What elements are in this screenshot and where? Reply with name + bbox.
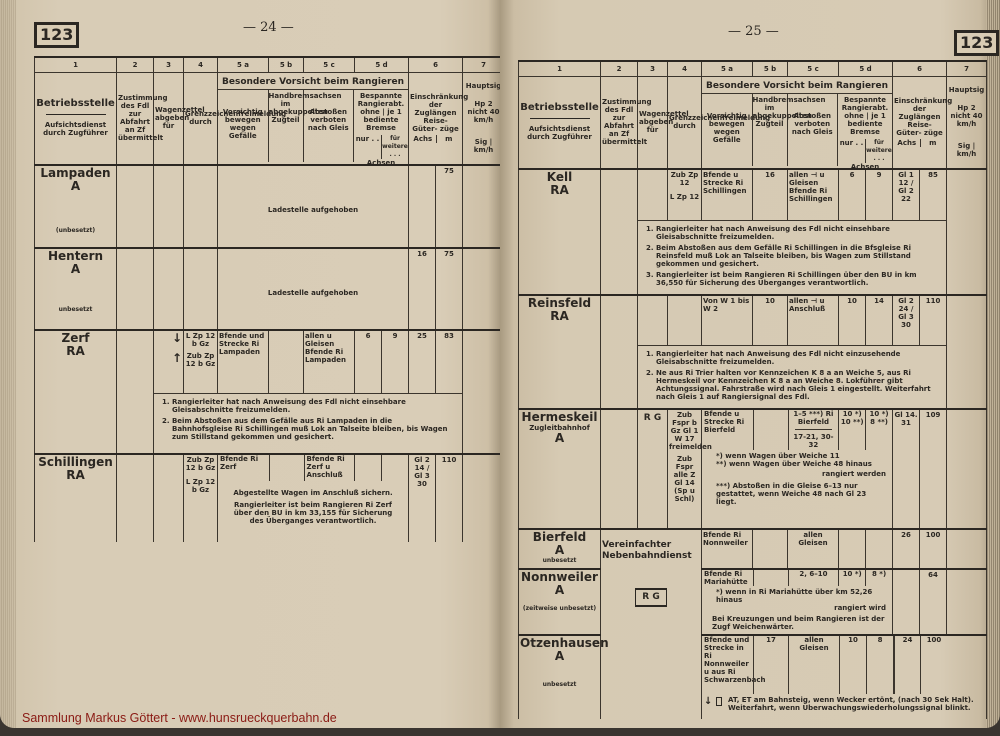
header-c6-text: Einschränkung der Zuglängen Reise- Güter… [894, 97, 945, 137]
station-cell: Otzenhausen A unbesetzt [519, 635, 601, 719]
cell-c6-m: 75 [436, 248, 463, 330]
header-c6-split: Achs m [410, 135, 461, 143]
header-c7-kmh: km/h [957, 150, 977, 158]
station-cell: Hentern A unbesetzt [35, 248, 117, 330]
c5-block-top: Bfende u Strecke Ri Bierfeld 1–5 ***) Ri… [702, 410, 892, 450]
header-c3: Wagenzettel abgeben für [154, 73, 184, 165]
station-note: unbesetzt [520, 557, 599, 565]
cell-c5c: allen ⊣ u Gleisen Bfende Ri Schillingen [788, 169, 839, 221]
column-number-row: 1 2 3 4 5 a 5 b 5 c 5 d 6 7 [35, 57, 501, 73]
footnote: *) wenn Wagen über Weiche 11 [702, 450, 892, 460]
station-note: (zeitweise unbesetzt) [520, 605, 599, 613]
header-c6-split: Achs m [894, 139, 945, 147]
c5c-bottom: 17-21, 30-32 [789, 433, 839, 449]
col-num: 2 [117, 57, 154, 73]
signal-square-icon [716, 697, 722, 706]
cell-c5c: allen u Gleisen Bfende Ri Lampaden [304, 330, 355, 394]
footnote: rangiert wird [702, 604, 892, 612]
station-name: Bierfeld [520, 531, 599, 544]
cell-c5d-weitere: 14 [866, 295, 893, 345]
otz-footnote-row: ↓ AT, ET am Bahnsteig, wenn Wecker ertön… [702, 694, 986, 712]
col-num: 3 [154, 57, 184, 73]
table-row: Nonnweiler A (zeitweise unbesetzt) Bfend… [519, 569, 987, 635]
table-row: Lampaden A (unbesetzt) Ladestelle aufgeh… [35, 165, 501, 248]
cell-c5-block: Bfende Ri Mariahütte 2, 6–10 10 *) 8 *) … [702, 569, 893, 635]
header-c7-body: Hp 2 nicht 40 km/h [464, 100, 500, 124]
cell-c5d-weitere: 8 [866, 636, 893, 694]
cell-c6-m: 100 [920, 636, 947, 694]
header-c6: Einschränkung der Zuglängen Reise- Güter… [893, 77, 947, 169]
station-name: Zerf [36, 332, 115, 345]
cell-c5c: allen Gleisen [788, 636, 839, 694]
header-c5d-weitere: für weitere . . . [381, 135, 408, 159]
rg-signal-box: R G [635, 588, 666, 607]
header-c5d-nur: nur . . [354, 135, 381, 159]
header-c5a: Vorsichtig bewegen wegen Gefälle [218, 90, 269, 162]
cell-c5c: 1–5 ***) Ri Bierfeld 17-21, 30-32 [788, 410, 839, 450]
header-c5-group: Besondere Vorsicht beim Rangieren Vorsic… [702, 77, 893, 169]
header-c7-body: Hp 2 nicht 40 km/h [948, 104, 985, 128]
header-c5-title: Besondere Vorsicht beim Rangieren [702, 79, 892, 94]
header-c6-m: m [436, 135, 462, 143]
cell-c5d-nur: 6 [839, 169, 866, 221]
footnote: AT, ET am Bahnsteig, wenn Wecker ertönt,… [728, 696, 984, 712]
station-cell: Reinsfeld RA [519, 295, 601, 409]
cell-c5d-weitere: 10 *) 8 **) [865, 410, 892, 450]
header-c6-text: Einschränkung der Zuglängen Reise- Güter… [410, 93, 461, 133]
footnote: ***) Abstoßen in die Gleise 6–13 nur ges… [702, 478, 892, 506]
col-num: 5 b [269, 57, 304, 73]
header-title: Betriebsstelle [36, 100, 115, 108]
table-row: Otzenhausen A unbesetzt Bfende und Strec… [519, 635, 987, 719]
station-name: Lampaden [36, 167, 115, 180]
cell-c6-achs: Gl 1 12 / Gl 2 22 [893, 169, 920, 221]
row-note: Ladestelle aufgehoben [218, 248, 409, 330]
timetable-right: 1 2 3 4 5 a 5 b 5 c 5 d 6 7 Betriebsstel… [518, 60, 987, 719]
page-number: — 24 — [243, 20, 294, 35]
timetable-left: 1 2 3 4 5 a 5 b 5 c 5 d 6 7 Betriebsstel… [34, 56, 500, 542]
header-betriebsstelle: Betriebsstelle Aufsichtsdienst durch Zug… [519, 77, 601, 169]
header-c5b: Handbremsachsen im abgekuppelten Zugteil [753, 94, 788, 166]
header-c6: Einschränkung der Zuglängen Reise- Güter… [409, 73, 463, 165]
footnote: *) wenn in Ri Mariahütte über km 52,26 h… [702, 586, 892, 604]
c4-down: Zub Zp 12 [669, 171, 700, 187]
arrow-down-icon: ↓ [704, 696, 712, 712]
cell-c5c: allen ⊣ u Anschluß [788, 295, 839, 345]
cell-c5-block: Bfende und Strecke in Ri Nonnweiler u au… [702, 635, 987, 719]
station-class: A [520, 584, 599, 597]
cell-c5b: 10 [753, 295, 788, 345]
cell-c4: Zub Zp 12 L Zp 12 [668, 169, 702, 221]
note-item: 1. Rangierleiter hat nach Anweisung des … [646, 225, 938, 241]
page-number: — 25 — [728, 24, 779, 39]
header-c5a: Vorsichtig bewegen wegen Gefälle [702, 94, 753, 166]
cell-c5c: Bfende Ri Zerf u Anschluß [304, 455, 355, 481]
header-c4: Grenzzeichenfreimeldung durch [668, 77, 702, 169]
cell-c6-m: 85 [920, 169, 947, 221]
station-cell: Schillingen RA [35, 454, 117, 542]
cell-c5a: Bfende und Strecke in Ri Nonnweiler u au… [702, 636, 753, 694]
col-num: 1 [519, 61, 601, 77]
station-name: Hermeskeil [520, 411, 599, 424]
cell-c6-achs: Gl 14. 31 [893, 409, 920, 529]
note-item: Abgestellte Wagen im Anschluß sichern. [218, 481, 408, 497]
watermark: Sammlung Markus Göttert - www.hunsrueckq… [22, 711, 337, 725]
header-c7: Hauptsig Hp 2 nicht 40 km/h Sig | km/h [947, 77, 987, 169]
footnote: Bei Kreuzungen und beim Rangieren ist de… [702, 612, 892, 631]
cell-c5c: 2, 6–10 [788, 570, 839, 586]
station-class: A [36, 263, 115, 276]
cell-c5a: Bfende u Strecke Ri Schillingen [702, 169, 753, 221]
note-item: Rangierleiter ist beim Rangieren Ri Zerf… [218, 497, 408, 525]
cell-c6-achs: 25 [409, 330, 436, 394]
left-page: 123 — 24 — 1 2 3 4 5 a 5 b 5 c 5 d 6 7 [0, 0, 500, 728]
cell-c5d-nur: 10 [839, 636, 866, 694]
header-c2: Zustimmung des Fdl zur Abfahrt an Zf übe… [117, 73, 154, 165]
page-edge [986, 0, 1000, 728]
col-num: 4 [668, 61, 702, 77]
arrow-up-icon: ↑ [172, 352, 182, 364]
header-c7-title: Hauptsig [948, 86, 985, 94]
station-name: Nonnweiler [520, 571, 599, 584]
header-c7-sig: Sig [475, 138, 487, 146]
cell-c5a: Von W 1 bis W 2 [702, 295, 753, 345]
c5-block-top: Bfende und Strecke in Ri Nonnweiler u au… [702, 636, 986, 694]
header-c5-group: Besondere Vorsicht beim Rangieren Vorsic… [218, 73, 409, 165]
open-book: 123 — 24 — 1 2 3 4 5 a 5 b 5 c 5 d 6 7 [0, 0, 1000, 728]
footnote: rangiert werden [702, 468, 892, 478]
cell-c5-block: Bfende Ri Zerf Bfende Ri Zerf u Anschluß… [218, 454, 409, 542]
footnote: **) wenn Wagen über Weiche 48 hinaus [702, 460, 892, 468]
station-cell: Zerf RA [35, 330, 117, 454]
arrow-down-icon: ↓ [172, 332, 182, 344]
header-c5d: Bespannte Rangierabt. ohne | je 1 bedien… [354, 90, 408, 162]
col-num: 5 d [839, 61, 893, 77]
table-row: Kell RA Zub Zp 12 L Zp 12 Bfende u Strec… [519, 169, 987, 221]
col-num: 1 [35, 57, 117, 73]
cell-c5b: 16 [753, 169, 788, 221]
station-class: RA [36, 345, 115, 358]
header-title: Betriebsstelle [520, 104, 599, 112]
c5c-top: 1–5 ***) Ri Bierfeld [789, 410, 839, 426]
cell-c5a: Bfende Ri Zerf [218, 455, 269, 481]
station-cell: Lampaden A (unbesetzt) [35, 165, 117, 248]
header-c7: Hauptsig Hp 2 nicht 40 km/h Sig | km/h [463, 73, 500, 165]
cell-c6-m: 64 [920, 569, 947, 635]
col-num: 5 a [702, 61, 753, 77]
row-notes: 1. Rangierleiter hat nach Anweisung des … [638, 345, 947, 409]
cell-c4: L Zp 12 b Gz Zub Zp 12 b Gz [184, 330, 218, 394]
header-c5d-unit: Achsen [354, 159, 408, 167]
column-number-row: 1 2 3 4 5 a 5 b 5 c 5 d 6 7 [519, 61, 987, 77]
header-c5c: Abstoßen verboten nach Gleis [788, 94, 839, 166]
note-item: 2. Ne aus Ri Trier halten vor Kennzeiche… [646, 369, 938, 401]
cell-c5a: Bfende Ri Nonnweiler [702, 529, 753, 569]
header-c5b: Handbremsachsen im abgekuppelten Zugteil [269, 90, 304, 162]
page-edge [0, 0, 16, 728]
station-class: RA [36, 469, 115, 482]
table-row: Hentern A unbesetzt Ladestelle aufgehobe… [35, 248, 501, 330]
header-c5d-split: nur . . für weitere . . . [838, 139, 892, 163]
header-row: Betriebsstelle Aufsichtsdienst durch Zug… [519, 77, 987, 169]
cell-c6-m: 110 [436, 454, 463, 542]
header-c5d-split: nur . . für weitere . . . [354, 135, 408, 159]
cell-c5d-weitere: 9 [866, 169, 893, 221]
cell-c4: Zub Zp 12 b Gz L Zp 12 b Gz [184, 454, 218, 542]
cell-c6-achs: 16 [409, 248, 436, 330]
c4-up: Zub Fspr alle Z Gl 14 (Sp u Schl) [669, 455, 700, 503]
station-cell: Nonnweiler A (zeitweise unbesetzt) [519, 569, 601, 635]
c4-down: Zub Zp 12 b Gz [185, 456, 216, 472]
row-note: Ladestelle aufgehoben [218, 165, 409, 248]
cell-c6-achs: Gl 2 14 / Gl 3 30 [409, 454, 436, 542]
vereinfachter-nebenbahndienst: Vereinfachter Nebenbahndienst [602, 540, 700, 562]
station-cell: Kell RA [519, 169, 601, 296]
station-class: A [36, 180, 115, 193]
header-subtitle: Aufsichtsdienst durch Zugführer [36, 121, 115, 137]
header-row: Betriebsstelle Aufsichtsdienst durch Zug… [35, 73, 501, 165]
header-c5-sub: Vorsichtig bewegen wegen Gefälle Handbre… [702, 94, 892, 166]
c4-down: Zub Fspr b Gz Gl 1 W 17 freimelden [669, 411, 700, 451]
section-badge: 123 [954, 30, 999, 56]
station-note: unbesetzt [520, 681, 599, 689]
cell-c5a: Bfende u Strecke Ri Bierfeld [702, 410, 753, 450]
cell-c5b: 17 [753, 636, 788, 694]
shared-c2-cell: Vereinfachter Nebenbahndienst R G [601, 529, 702, 719]
cell-c6-m: 100 [920, 529, 947, 569]
c4-up: Zub Zp 12 b Gz [185, 352, 216, 368]
header-c5-title: Besondere Vorsicht beim Rangieren [218, 75, 408, 90]
cell-c6-m: 110 [920, 295, 947, 345]
cell-c5a: Bfende Ri Mariahütte [702, 570, 753, 586]
station-name: Hentern [36, 250, 115, 263]
station-class: RA [520, 310, 599, 323]
station-name: Schillingen [36, 456, 115, 469]
header-c6-achs: Achs [894, 139, 920, 147]
col-num: 5 d [355, 57, 409, 73]
header-c3: Wagenzettel abgeben für [638, 77, 668, 169]
note-item: 1. Rangierleiter hat nach Anweisung des … [162, 398, 454, 414]
cell-c3-rg: R G [638, 409, 668, 529]
header-c6-m: m [920, 139, 946, 147]
station-class: RA [520, 184, 599, 197]
station-note: (unbesetzt) [36, 227, 115, 235]
col-num: 7 [947, 61, 987, 77]
row-notes: 1. Rangierleiter hat nach Anweisung des … [638, 221, 947, 296]
header-c5d-weitere: für weitere . . . [865, 139, 892, 163]
row-notes: 1. Rangierleiter hat nach Anweisung des … [154, 394, 463, 454]
cell-c6-achs: 24 [893, 636, 920, 694]
cell-c6-m: 83 [436, 330, 463, 394]
header-c5d-nur: nur . . [838, 139, 865, 163]
c4-up: L Zp 12 [669, 193, 700, 201]
header-subtitle: Aufsichtsdienst durch Zugführer [520, 125, 599, 141]
note-item: 2. Beim Abstoßen aus dem Gefälle Ri Schi… [646, 244, 938, 268]
col-num: 5 c [788, 61, 839, 77]
col-num: 5 b [753, 61, 788, 77]
table-row: Zerf RA ↓↑ L Zp 12 b Gz Zub Zp 12 b Gz B… [35, 330, 501, 394]
header-c5d-unit: Achsen [838, 163, 892, 171]
station-class: A [520, 650, 599, 663]
c5-block-top: Bfende Ri Zerf Bfende Ri Zerf u Anschluß [218, 455, 408, 481]
station-class: A [520, 432, 599, 445]
col-num: 5 a [218, 57, 269, 73]
col-num: 7 [463, 57, 500, 73]
cell-c6-achs: Gl 2 24 / Gl 3 30 [893, 295, 920, 345]
header-c5-sub: Vorsichtig bewegen wegen Gefälle Handbre… [218, 90, 408, 162]
right-page: — 25 — 123 1 2 3 4 5 a 5 b 5 c 5 d 6 7 [500, 0, 1000, 728]
c4-up: L Zp 12 b Gz [185, 478, 216, 494]
header-c5d: Bespannte Rangierabt. ohne | je 1 bedien… [838, 94, 892, 166]
cell-c6-achs: 26 [893, 529, 920, 569]
table-row: Hermeskeil Zugleitbahnhof A R G Zub Fspr… [519, 409, 987, 529]
col-num: 2 [601, 61, 638, 77]
station-cell: Bierfeld A unbesetzt [519, 529, 601, 569]
cell-c5d-nur: 6 [355, 330, 382, 394]
note-item: 3. Rangierleiter ist beim Rangieren Ri S… [646, 271, 938, 287]
cell-c5d-nur: 10 *) 10 **) [838, 410, 865, 450]
header-c6-achs: Achs [410, 135, 436, 143]
header-c4: Grenzzeichenfreimeldung durch [184, 73, 218, 165]
cell-c5a: Bfende und Strecke Ri Lampaden [218, 330, 269, 394]
col-num: 3 [638, 61, 668, 77]
station-class: A [520, 544, 599, 557]
station-note: unbesetzt [36, 306, 115, 314]
divider [530, 118, 590, 119]
header-c7-sig: Sig [958, 142, 970, 150]
header-c7-kmh: km/h [474, 146, 494, 154]
cell-c5d-weitere: 8 *) [865, 570, 892, 586]
header-c7-title: Hauptsig [464, 82, 500, 90]
cell-c5c: allen Gleisen [788, 529, 839, 569]
note-item: 1. Rangierleiter hat nach Anweisung des … [646, 350, 938, 366]
table-row: Bierfeld A unbesetzt Vereinfachter Neben… [519, 529, 987, 569]
station-name: Kell [520, 171, 599, 184]
col-num: 5 c [304, 57, 355, 73]
c4-down: L Zp 12 b Gz [185, 332, 216, 348]
cell-c6-m: 109 [920, 409, 947, 529]
col-num: 6 [409, 57, 463, 73]
header-c5c: Abstoßen verboten nach Gleis [304, 90, 355, 162]
station-name: Otzenhausen [520, 637, 599, 650]
cell-c4: Zub Fspr b Gz Gl 1 W 17 freimelden Zub F… [668, 409, 702, 529]
note-item: 2. Beim Abstoßen aus dem Gefälle aus Ri … [162, 417, 454, 441]
cell-c5d-weitere: 9 [382, 330, 409, 394]
header-c2: Zustimmung des Fdl zur Abfahrt an Zf übe… [601, 77, 638, 169]
divider [46, 114, 106, 115]
col-num: 6 [893, 61, 947, 77]
header-c5d-text: Bespannte Rangierabt. ohne | je 1 bedien… [354, 92, 408, 132]
cell-c5-block: Bfende u Strecke Ri Bierfeld 1–5 ***) Ri… [702, 409, 893, 529]
col-num: 4 [184, 57, 218, 73]
cell-c6-m: 75 [436, 165, 463, 248]
section-badge: 123 [34, 22, 79, 48]
station-cell: Hermeskeil Zugleitbahnhof A [519, 409, 601, 529]
table-row: Reinsfeld RA Von W 1 bis W 2 10 allen ⊣ … [519, 295, 987, 345]
cell-c5d-nur: 10 [839, 295, 866, 345]
header-betriebsstelle: Betriebsstelle Aufsichtsdienst durch Zug… [35, 73, 117, 165]
table-row: Schillingen RA Zub Zp 12 b Gz L Zp 12 b … [35, 454, 501, 542]
cell-c5d-nur: 10 *) [838, 570, 865, 586]
header-c5d-text: Bespannte Rangierabt. ohne | je 1 bedien… [838, 96, 892, 136]
c5-block-top: Bfende Ri Mariahütte 2, 6–10 10 *) 8 *) [702, 570, 892, 586]
